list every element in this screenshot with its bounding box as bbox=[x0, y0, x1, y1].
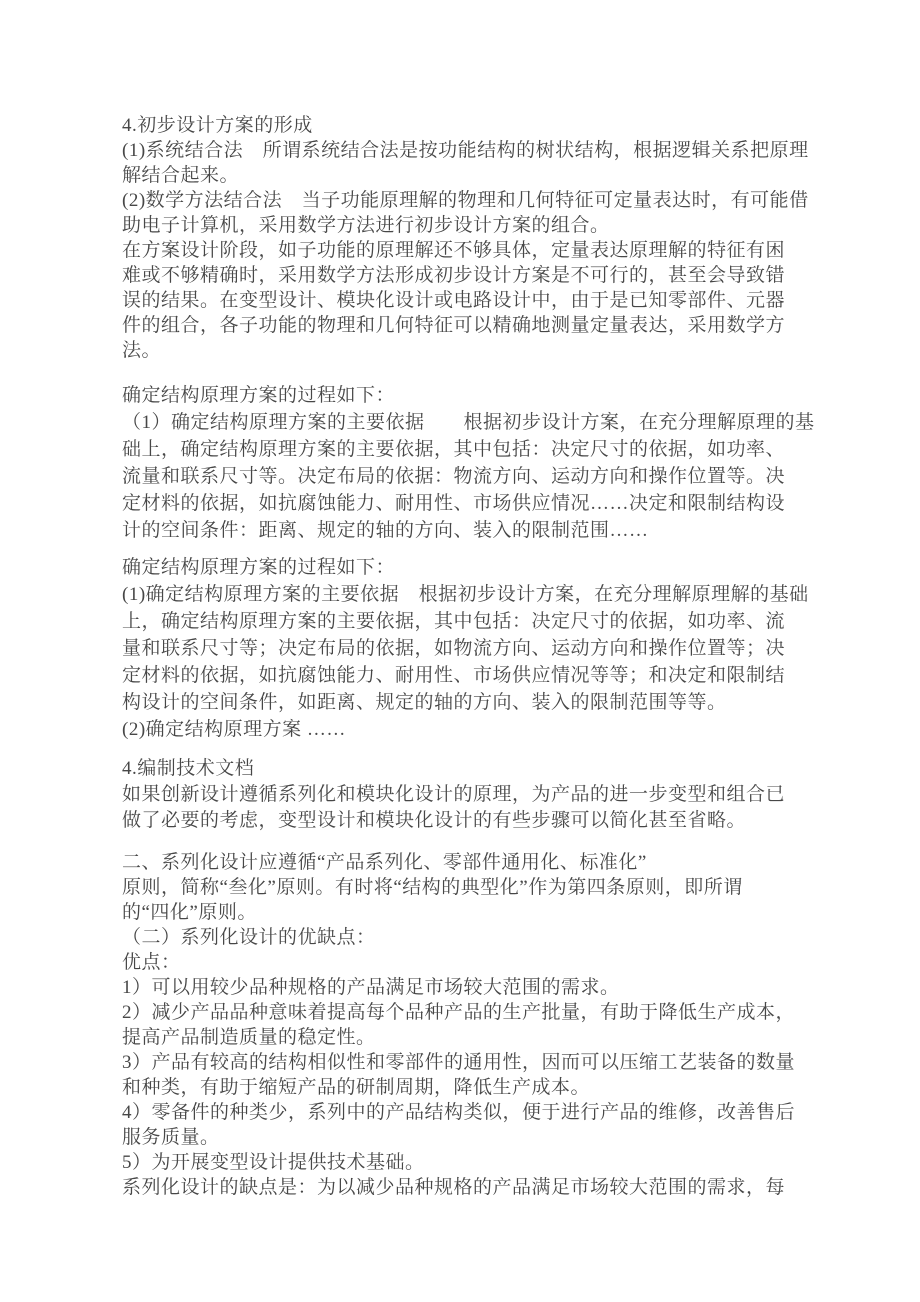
paragraph-block-structure-principle-process-first: 确定结构原理方案的过程如下：（1）确定结构原理方案的主要依据 根据初步设计方案，… bbox=[122, 382, 800, 544]
text-line: 1）可以用较少品种规格的产品满足市场较大范围的需求。 bbox=[122, 975, 800, 1000]
paragraph-block-technical-documentation: 4.编制技术文档如果创新设计遵循系列化和模块化设计的原理，为产品的进一步变型和组… bbox=[122, 756, 800, 834]
text-line: 5）为开展变型设计提供技术基础。 bbox=[122, 1150, 800, 1175]
text-line: 4.初步设计方案的形成 bbox=[122, 113, 800, 138]
paragraph-block-preliminary-design-plan-formation: 4.初步设计方案的形成(1)系统结合法 所谓系统结合法是按功能结构的树状结构，根… bbox=[122, 113, 800, 363]
text-line: 提高产品制造质量的稳定性。 bbox=[122, 1025, 800, 1050]
text-line: 上，确定结构原理方案的主要依据，其中包括：决定尺寸的依据，如功率、流 bbox=[122, 608, 800, 635]
text-line: 定材料的依据，如抗腐蚀能力、耐用性、市场供应情况等等；和决定和限制结 bbox=[122, 662, 800, 689]
paragraph-block-structure-principle-process-second: 确定结构原理方案的过程如下：(1)确定结构原理方案的主要依据 根据初步设计方案，… bbox=[122, 554, 800, 743]
text-line: (1)系统结合法 所谓系统结合法是按功能结构的树状结构，根据逻辑关系把原理 bbox=[122, 138, 800, 163]
paragraph-block-serialization-design-principles: 二、系列化设计应遵循“产品系列化、零部件通用化、标准化”原则，简称“叁化”原则。… bbox=[122, 850, 800, 1200]
text-line: （1）确定结构原理方案的主要依据 根据初步设计方案，在充分理解原理的基 bbox=[122, 409, 800, 436]
text-line: 定材料的依据，如抗腐蚀能力、耐用性、市场供应情况……决定和限制结构设 bbox=[122, 490, 800, 517]
text-line: 助电子计算机，采用数学方法进行初步设计方案的组合。 bbox=[122, 213, 800, 238]
text-line: 做了必要的考虑，变型设计和模块化设计的有些步骤可以简化甚至省略。 bbox=[122, 808, 800, 834]
text-line: 确定结构原理方案的过程如下： bbox=[122, 382, 800, 409]
text-line: 解结合起来。 bbox=[122, 163, 800, 188]
text-line: 难或不够精确时，采用数学方法形成初步设计方案是不可行的，甚至会导致错 bbox=[122, 263, 800, 288]
text-line: 如果创新设计遵循系列化和模块化设计的原理，为产品的进一步变型和组合已 bbox=[122, 782, 800, 808]
text-line: 和种类，有助于缩短产品的研制周期，降低生产成本。 bbox=[122, 1075, 800, 1100]
text-line: 误的结果。在变型设计、模块化设计或电路设计中，由于是已知零部件、元器 bbox=[122, 288, 800, 313]
text-line: 确定结构原理方案的过程如下： bbox=[122, 554, 800, 581]
text-line: 构设计的空间条件，如距离、规定的轴的方向、装入的限制范围等等。 bbox=[122, 689, 800, 716]
text-line: (2)数学方法结合法 当子功能原理解的物理和几何特征可定量表达时，有可能借 bbox=[122, 188, 800, 213]
text-line: 3）产品有较高的结构相似性和零部件的通用性，因而可以压缩工艺装备的数量 bbox=[122, 1050, 800, 1075]
text-line: （二）系列化设计的优缺点： bbox=[122, 925, 800, 950]
text-line: 量和联系尺寸等；决定布局的依据，如物流方向、运动方向和操作位置等；决 bbox=[122, 635, 800, 662]
text-line: 法。 bbox=[122, 338, 800, 363]
text-line: 础上，确定结构原理方案的主要依据，其中包括：决定尺寸的依据，如功率、 bbox=[122, 436, 800, 463]
document-page: 4.初步设计方案的形成(1)系统结合法 所谓系统结合法是按功能结构的树状结构，根… bbox=[0, 0, 920, 1302]
text-line: 系列化设计的缺点是：为以减少品种规格的产品满足市场较大范围的需求，每 bbox=[122, 1175, 800, 1200]
text-line: (2)确定结构原理方案 …… bbox=[122, 716, 800, 743]
text-line: 4）零备件的种类少，系列中的产品结构类似，便于进行产品的维修，改善售后 bbox=[122, 1100, 800, 1125]
text-line: 二、系列化设计应遵循“产品系列化、零部件通用化、标准化” bbox=[122, 850, 800, 875]
text-line: 服务质量。 bbox=[122, 1125, 800, 1150]
text-line: 2）减少产品品种意味着提高每个品种产品的生产批量，有助于降低生产成本， bbox=[122, 1000, 800, 1025]
text-line: 4.编制技术文档 bbox=[122, 756, 800, 782]
text-line: 在方案设计阶段，如子功能的原理解还不够具体，定量表达原理解的特征有困 bbox=[122, 238, 800, 263]
text-line: (1)确定结构原理方案的主要依据 根据初步设计方案，在充分理解原理解的基础 bbox=[122, 581, 800, 608]
text-line: 计的空间条件：距离、规定的轴的方向、装入的限制范围…… bbox=[122, 517, 800, 544]
text-line: 原则，简称“叁化”原则。有时将“结构的典型化”作为第四条原则，即所谓 bbox=[122, 875, 800, 900]
text-line: 的“四化”原则。 bbox=[122, 900, 800, 925]
document-body: 4.初步设计方案的形成(1)系统结合法 所谓系统结合法是按功能结构的树状结构，根… bbox=[122, 113, 800, 1200]
text-line: 件的组合，各子功能的物理和几何特征可以精确地测量定量表达，采用数学方 bbox=[122, 313, 800, 338]
text-line: 流量和联系尺寸等。决定布局的依据：物流方向、运动方向和操作位置等。决 bbox=[122, 463, 800, 490]
text-line: 优点： bbox=[122, 950, 800, 975]
